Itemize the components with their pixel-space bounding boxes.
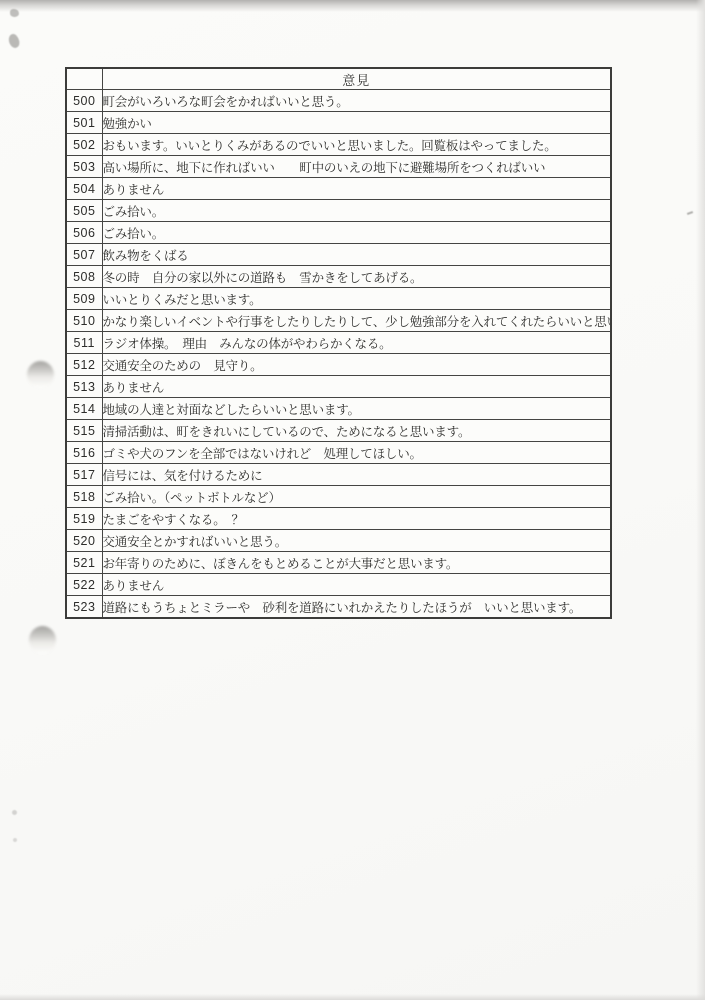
row-number-cell: 511	[66, 332, 102, 354]
opinion-table: 意見 500 町会がいろいろな町会をかればいいと思う。 501 勉強かい 502…	[65, 67, 612, 619]
table-row: 519 たまごをやすくなる。 ？	[66, 508, 611, 530]
table-row: 508 冬の時 自分の家以外にの道路も 雪かきをしてあげる。	[66, 266, 611, 288]
table-row: 518 ごみ拾い。（ペットボトルなど）	[66, 486, 611, 508]
table-row: 504 ありません	[66, 178, 611, 200]
scan-speck	[10, 9, 19, 17]
scan-bottom-edge-shadow	[0, 994, 705, 1000]
table-row: 500 町会がいろいろな町会をかればいいと思う。	[66, 90, 611, 112]
number-column-header	[66, 68, 102, 90]
opinion-cell: かなり楽しいイベントや行事をしたりしたりして、少し勉強部分を入れてくれたらいいと…	[102, 310, 611, 332]
opinion-cell: 清掃活動は、町をきれいにしているので、ためになると思います。	[102, 420, 611, 442]
row-number-cell: 507	[66, 244, 102, 266]
table-row: 512 交通安全のための 見守り。	[66, 354, 611, 376]
scan-right-edge-shadow	[696, 0, 705, 1000]
opinion-cell: 地域の人達と対面などしたらいいと思います。	[102, 398, 611, 420]
opinion-cell: 飲み物をくばる	[102, 244, 611, 266]
opinion-cell: おもいます。いいとりくみがあるのでいいと思いました。回覧板はやってました。	[102, 134, 611, 156]
row-number-cell: 512	[66, 354, 102, 376]
table-row: 505 ごみ拾い。	[66, 200, 611, 222]
table-row: 522 ありません	[66, 574, 611, 596]
table-row: 516 ゴミや犬のフンを全部ではないけれど 処理してほしい。	[66, 442, 611, 464]
table-row: 502 おもいます。いいとりくみがあるのでいいと思いました。回覧板はやってました…	[66, 134, 611, 156]
row-number-cell: 501	[66, 112, 102, 134]
table-row: 510 かなり楽しいイベントや行事をしたりしたりして、少し勉強部分を入れてくれた…	[66, 310, 611, 332]
table-row: 506 ごみ拾い。	[66, 222, 611, 244]
punch-hole-shadow	[27, 361, 54, 388]
table-row: 511 ラジオ体操。 理由 みんなの体がやわらかくなる。	[66, 332, 611, 354]
row-number-cell: 510	[66, 310, 102, 332]
row-number-cell: 503	[66, 156, 102, 178]
row-number-cell: 514	[66, 398, 102, 420]
scan-speck	[13, 838, 17, 842]
row-number-cell: 502	[66, 134, 102, 156]
opinion-cell: 勉強かい	[102, 112, 611, 134]
table-row: 521 お年寄りのために、ぼきんをもとめることが大事だと思います。	[66, 552, 611, 574]
opinion-cell: 道路にもうちょとミラーや 砂利を道路にいれかえたりしたほうが いいと思います。	[102, 596, 611, 619]
opinion-column-header: 意見	[102, 68, 611, 90]
punch-hole-shadow	[29, 626, 56, 654]
opinion-cell: 高い場所に、地下に作ればいい 町中のいえの地下に避難場所をつくればいい	[102, 156, 611, 178]
scan-speck	[6, 32, 21, 49]
opinion-cell: ごみ拾い。（ペットボトルなど）	[102, 486, 611, 508]
table-row: 515 清掃活動は、町をきれいにしているので、ためになると思います。	[66, 420, 611, 442]
table-row: 501 勉強かい	[66, 112, 611, 134]
header-row: 意見	[66, 68, 611, 90]
table-row: 517 信号には、気を付けるために	[66, 464, 611, 486]
row-number-cell: 517	[66, 464, 102, 486]
table-row: 509 いいとりくみだと思います。	[66, 288, 611, 310]
row-number-cell: 508	[66, 266, 102, 288]
row-number-cell: 509	[66, 288, 102, 310]
scan-speck	[687, 211, 693, 215]
opinion-cell: ごみ拾い。	[102, 200, 611, 222]
table-row: 503 高い場所に、地下に作ればいい 町中のいえの地下に避難場所をつくればいい	[66, 156, 611, 178]
opinion-cell: 冬の時 自分の家以外にの道路も 雪かきをしてあげる。	[102, 266, 611, 288]
scanned-page: 意見 500 町会がいろいろな町会をかればいいと思う。 501 勉強かい 502…	[0, 0, 705, 1000]
table-row: 520 交通安全とかすればいいと思う。	[66, 530, 611, 552]
row-number-cell: 505	[66, 200, 102, 222]
table-row: 513 ありません	[66, 376, 611, 398]
opinion-cell: ゴミや犬のフンを全部ではないけれど 処理してほしい。	[102, 442, 611, 464]
row-number-cell: 521	[66, 552, 102, 574]
opinion-cell: 信号には、気を付けるために	[102, 464, 611, 486]
opinion-cell: いいとりくみだと思います。	[102, 288, 611, 310]
table-row: 523 道路にもうちょとミラーや 砂利を道路にいれかえたりしたほうが いいと思い…	[66, 596, 611, 619]
row-number-cell: 522	[66, 574, 102, 596]
opinion-cell: ラジオ体操。 理由 みんなの体がやわらかくなる。	[102, 332, 611, 354]
opinion-table-header: 意見	[66, 68, 611, 90]
table-row: 507 飲み物をくばる	[66, 244, 611, 266]
row-number-cell: 519	[66, 508, 102, 530]
row-number-cell: 513	[66, 376, 102, 398]
row-number-cell: 500	[66, 90, 102, 112]
row-number-cell: 518	[66, 486, 102, 508]
row-number-cell: 516	[66, 442, 102, 464]
opinion-cell: ありません	[102, 574, 611, 596]
opinion-cell: ありません	[102, 376, 611, 398]
opinion-table-body: 500 町会がいろいろな町会をかればいいと思う。 501 勉強かい 502 おも…	[66, 90, 611, 619]
opinion-cell: ありません	[102, 178, 611, 200]
table-row: 514 地域の人達と対面などしたらいいと思います。	[66, 398, 611, 420]
scan-speck	[12, 810, 17, 815]
opinion-cell: ごみ拾い。	[102, 222, 611, 244]
opinion-cell: たまごをやすくなる。 ？	[102, 508, 611, 530]
row-number-cell: 506	[66, 222, 102, 244]
opinion-cell: 交通安全とかすればいいと思う。	[102, 530, 611, 552]
row-number-cell: 523	[66, 596, 102, 619]
opinion-cell: お年寄りのために、ぼきんをもとめることが大事だと思います。	[102, 552, 611, 574]
opinion-cell: 町会がいろいろな町会をかればいいと思う。	[102, 90, 611, 112]
opinion-cell: 交通安全のための 見守り。	[102, 354, 611, 376]
row-number-cell: 504	[66, 178, 102, 200]
scan-top-edge-shadow	[0, 0, 705, 12]
row-number-cell: 520	[66, 530, 102, 552]
row-number-cell: 515	[66, 420, 102, 442]
